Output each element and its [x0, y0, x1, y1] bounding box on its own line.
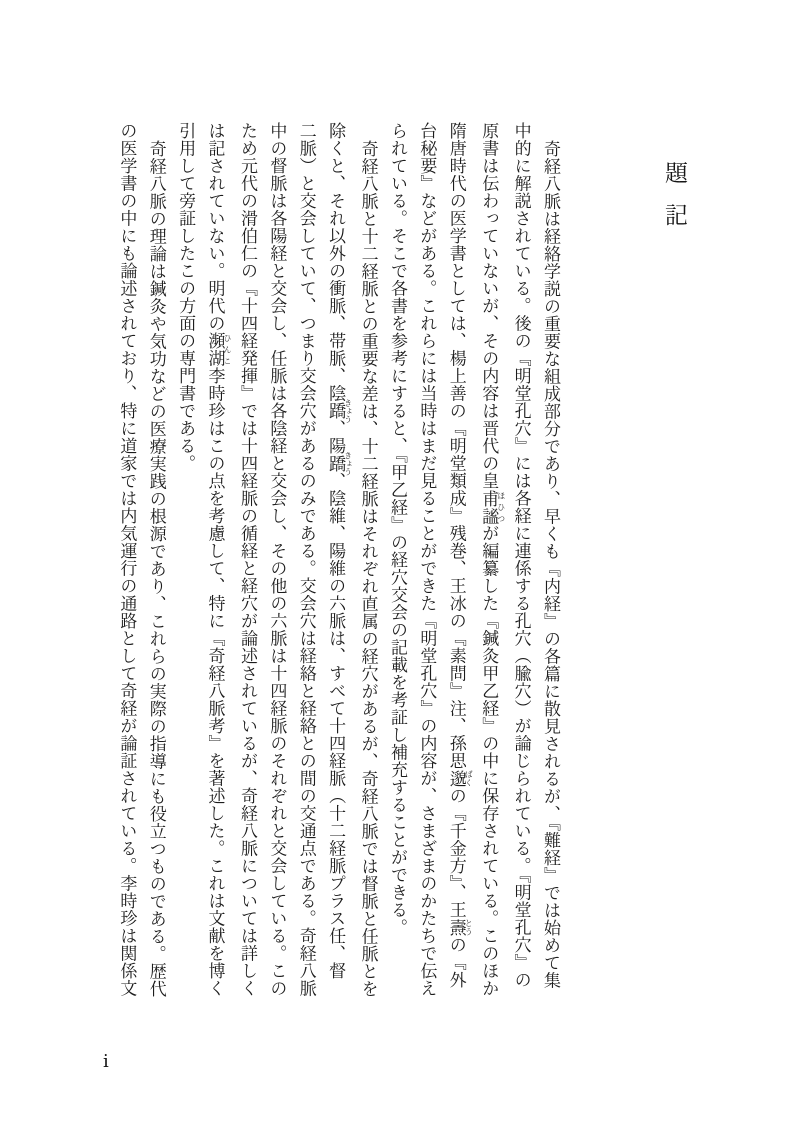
- text-column: 二脈）と交会していて、つまり交会穴があるのみである。交会穴は経絡と経絡との間の交…: [290, 122, 319, 1002]
- ruby-annotated-text: 瀕湖ひんこ: [205, 332, 225, 367]
- page-number: i: [103, 1051, 109, 1072]
- text-column: は記されていない。明代の瀕湖ひんこ李時珍はこの点を考慮して、特に『奇経八脈考』を…: [199, 122, 231, 1002]
- text-column: 中の督脈は各陽経と交会し、任脈は各陰経と交会し、その他の六脈は十四経脈のそれぞれ…: [261, 122, 290, 1002]
- ruby-annotated-text: 蹻きょう: [325, 402, 345, 420]
- book-page: 題記 奇経八脈は経絡学説の重要な組成部分であり、早くも『内経』の各篇に散見される…: [0, 0, 800, 1135]
- text-column: ため元代の滑伯仁の『十四経発揮』では十四経脈の循経と経穴が論述されているが、奇経…: [232, 122, 261, 1002]
- text-column: 除くと、それ以外の衝脈、帯脈、陰蹻きょう、陽蹻きょう、陰維、陽維の六脈は、すべて…: [320, 122, 352, 1002]
- page-title: 題記: [658, 161, 691, 245]
- text-column: の医学書の中にも論述されており、特に道家では内気運行の通路として奇経が論証されて…: [111, 122, 140, 1002]
- ruby-annotated-text: 邈ばく: [446, 770, 466, 788]
- ruby-annotated-text: 甫謐ほひつ: [478, 490, 498, 525]
- text-column: られている。そこで各書を参考にすると、『甲乙経』の経穴交会の記載を考証し補充する…: [382, 122, 411, 1002]
- text-column: 奇経八脈と十二経脈との重要な差は、十二経脈はそれぞれ直属の経穴があるが、奇経八脈…: [352, 122, 381, 1002]
- text-body: 奇経八脈は経絡学説の重要な組成部分であり、早くも『内経』の各篇に散見されるが、『…: [123, 122, 564, 1006]
- text-column: 奇経八脈は経絡学説の重要な組成部分であり、早くも『内経』の各篇に散見されるが、『…: [535, 122, 564, 1002]
- ruby-annotated-text: 燾とう: [446, 919, 466, 937]
- text-column: 原書は伝わっていないが、その内容は晋代の皇甫謐ほひつが編纂した『鍼灸甲乙経』の中…: [473, 122, 505, 1002]
- ruby-annotated-text: 蹻きょう: [325, 455, 345, 473]
- text-column: 台秘要』などがある。これらには当時はまだ見ることができた『明堂孔穴』の内容が、さ…: [411, 122, 440, 1002]
- text-column: 中的に解説されている。後の『明堂孔穴』には各経に連係する孔穴（腧穴）が論じられて…: [505, 122, 534, 1002]
- text-column: 奇経八脈の理論は鍼灸や気功などの医療実践の根源であり、これらの実際の指導にも役立…: [140, 122, 169, 1002]
- text-column: 隋唐時代の医学書としては、楊上善の『明堂類成』残巻、王冰の『素問』注、孫思邈ばく…: [440, 122, 472, 1002]
- text-column: 引用して旁証したこの方面の専門書である。: [170, 122, 199, 1002]
